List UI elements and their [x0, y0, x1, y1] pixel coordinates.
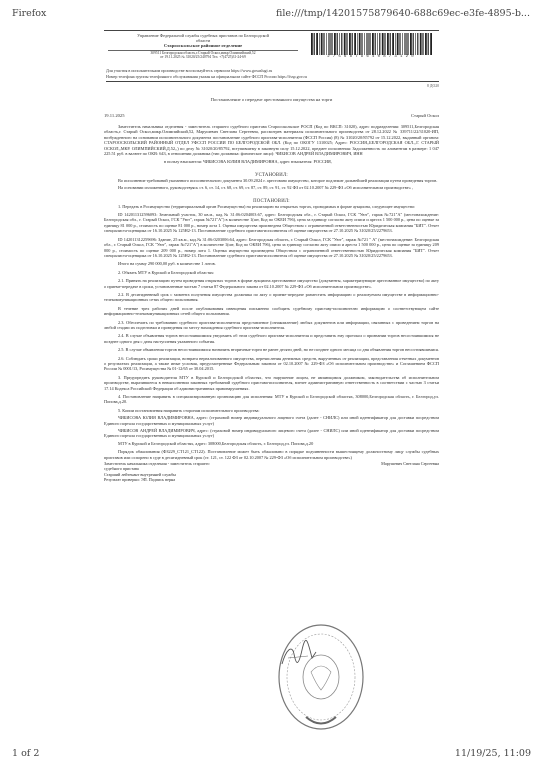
- resolution-item: 2.6. Соблюдать сроки реализации, возврат…: [104, 356, 439, 372]
- claimant-line: в пользу взыскателя: ЧИБИСОВА ЮЛИЯ ВЛАДИ…: [104, 159, 439, 164]
- established-paragraph-1: Во исполнение требований указанного испо…: [104, 178, 439, 183]
- resolution-item: 2. Обязать МТУ в Курской и Белгородской …: [104, 270, 439, 275]
- resolution-item: 2.2. В десятидневный срок с момента полу…: [104, 292, 439, 303]
- property-lot-land: ID 142011312596093: Земельный участок, 3…: [104, 212, 439, 234]
- appeal-procedure: Порядок обжалования (ФЗ229_СТ121_СТ122).…: [104, 449, 439, 460]
- intro-paragraph: Заместитель начальника отделения - замес…: [104, 124, 439, 156]
- total-sum: Итого на сумму 290 000,00 руб. в количес…: [104, 261, 439, 266]
- barcode-icon: [310, 33, 434, 55]
- property-lot-building: ID 142011312259696: Здание, 25 кв.м., ка…: [104, 237, 439, 259]
- agency-block: Управление Федеральной службы судебных п…: [108, 33, 298, 59]
- page-url: file:///tmp/14201575879640-688c69ec-e3fe…: [276, 8, 530, 19]
- signature-verification: Результат проверки: ЭП. Подпись верна: [104, 477, 439, 482]
- resolution-item: 2.5. В случае объявления торгов несостоя…: [104, 347, 439, 352]
- document-page: Управление Федеральной службы судебных п…: [104, 30, 439, 742]
- barcode-number: 2756879640873120: [310, 55, 434, 59]
- resolution-item: 2.3. Обеспечить по требованию судебного …: [104, 320, 439, 331]
- document-reg-number: от 19.11.2025 № 31020/25/240794 Тел. +7(…: [108, 55, 298, 59]
- browser-app-name: Firefox: [12, 8, 46, 19]
- document-letterhead: Управление Федеральной службы судебных п…: [104, 30, 439, 68]
- print-footer: 1 of 2 11/19/25, 11:09: [0, 748, 543, 762]
- resolution-item: 5. Копии постановления направить сторона…: [104, 408, 439, 413]
- signer-name: Марушевич Светлана Сергеевна: [381, 461, 439, 466]
- print-header: Firefox file:///tmp/14201575879640-688c6…: [0, 8, 543, 22]
- recipient-name: ЧИБИСОВ АНДРЕЙ ВЛАДИМИРОВИЧ, адрес:: [118, 428, 209, 433]
- recipient-debtor: ЧИБИСОВ АНДРЕЙ ВЛАДИМИРОВИЧ, адрес: (стр…: [104, 428, 439, 439]
- signature-block: Заместитель начальника отделения - замес…: [104, 461, 439, 482]
- document-date: 19.11.2025: [104, 113, 125, 118]
- document-place: Старый Оскол: [411, 113, 439, 118]
- recipient-claimant: ЧИБИСОВА ЮЛИЯ ВЛАДИМИРОВНА, адрес: (стра…: [104, 415, 439, 426]
- department-name: Старооскольское районное отделение: [108, 43, 298, 48]
- print-timestamp: 11/19/25, 11:09: [455, 748, 531, 759]
- resolution-item: В течение трех рабочих дней после опубли…: [104, 306, 439, 317]
- resolution-item: 2.1. Принять на реализацию путем проведе…: [104, 278, 439, 289]
- resolution-item: 1. Передать в Росимущество (территориаль…: [104, 204, 439, 209]
- document-code: 8 ДО20: [104, 84, 439, 88]
- page-indicator: 1 of 2: [12, 748, 39, 759]
- established-paragraph-2: На основании изложенного, руководствуясь…: [104, 185, 439, 190]
- recipient-name: ЧИБИСОВА ЮЛИЯ ВЛАДИМИРОВНА, адрес:: [118, 415, 208, 420]
- phone-notice: Номер телефона группы телефонного обслуж…: [106, 74, 439, 82]
- resolution-item: 4. Постановление направить в специализир…: [104, 394, 439, 405]
- document-title: Постановление о передаче арестованного и…: [104, 97, 439, 102]
- resolution-item: 2.4. В случае объявления торгов несостоя…: [104, 333, 439, 344]
- resolution-item: 3. Предупредить руководителя МТУ в Курск…: [104, 375, 439, 391]
- date-place-line: 19.11.2025 Старый Оскол: [104, 113, 439, 118]
- recipient-mtu: МТУ в Курской и Белгородской областях, а…: [104, 441, 439, 446]
